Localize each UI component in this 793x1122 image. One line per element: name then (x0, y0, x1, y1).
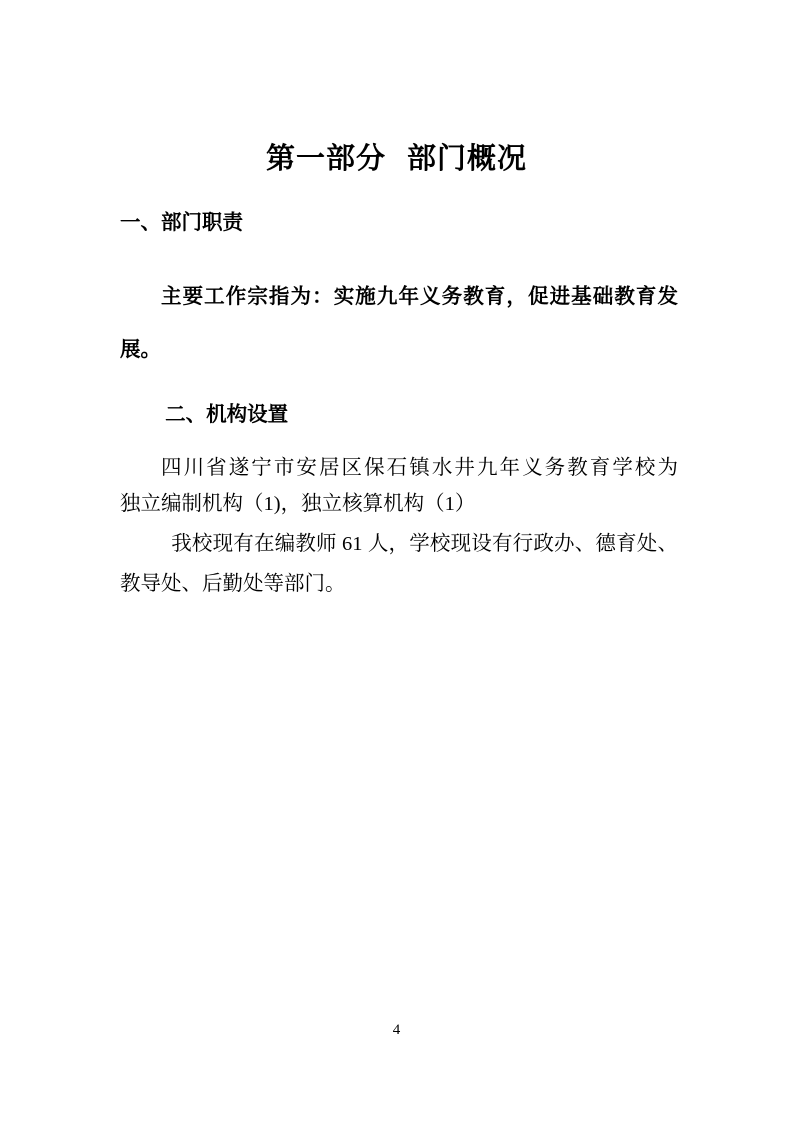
paragraph-staff: 我校现有在编教师 61 人，学校现设有行政办、德育处、 教导处、后勤处等部门。 (120, 524, 678, 604)
paragraph-line: 我校现有在编教师 61 人，学校现设有行政办、德育处、 (120, 524, 678, 564)
paragraph-duties: 主要工作宗指为：实施九年义务教育，促进基础教育发 展。 (120, 271, 678, 377)
paragraph-line: 主要工作宗指为：实施九年义务教育，促进基础教育发 (120, 271, 678, 324)
document-title: 第一部分 部门概况 (0, 136, 793, 177)
section-heading-organization-setup: 二、机构设置 (120, 401, 678, 429)
paragraph-line: 四川省遂宁市安居区保石镇水井九年义务教育学校为 (120, 450, 678, 486)
document-page: 第一部分 部门概况 一、部门职责 主要工作宗指为：实施九年义务教育，促进基础教育… (0, 0, 793, 1122)
page-number: 4 (0, 1022, 793, 1039)
paragraph-line: 展。 (120, 324, 678, 377)
paragraph-organization: 四川省遂宁市安居区保石镇水井九年义务教育学校为 独立编制机构（1)，独立核算机构… (120, 450, 678, 522)
section-heading-department-duties: 一、部门职责 (120, 209, 678, 237)
paragraph-line: 教导处、后勤处等部门。 (120, 564, 678, 604)
paragraph-line: 独立编制机构（1)，独立核算机构（1） (120, 486, 678, 522)
